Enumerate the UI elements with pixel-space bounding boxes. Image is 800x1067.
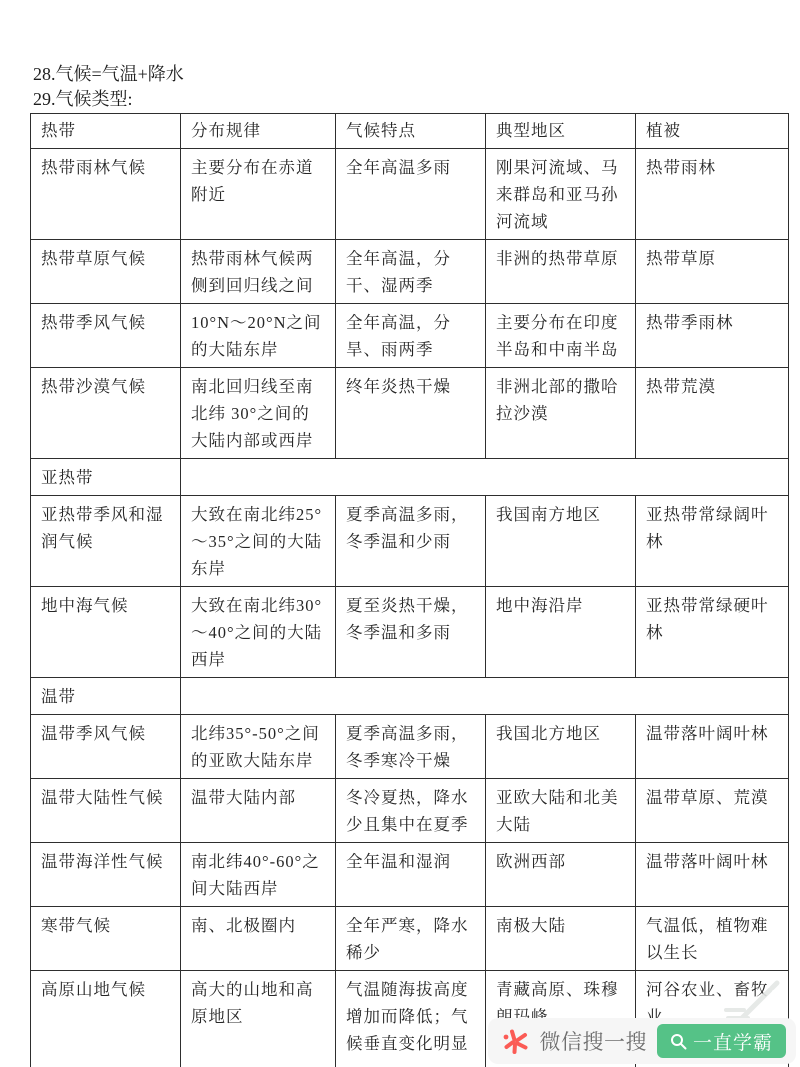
cell-distribution: 大致在南北纬25°～35°之间的大陆东岸 xyxy=(181,496,336,587)
cell-climate-name: 热带雨林气候 xyxy=(31,149,181,240)
note-line-1: 28.气候=气温+降水 xyxy=(33,62,184,87)
table-row: 亚热带季风和湿润气候 大致在南北纬25°～35°之间的大陆东岸 夏季高温多雨，冬… xyxy=(31,496,789,587)
cell-climate-name: 温带季风气候 xyxy=(31,715,181,779)
header-cell: 热带 xyxy=(31,114,181,149)
table-row: 热带草原气候 热带雨林气候两侧到回归线之间 全年高温，分干、湿两季 非洲的热带草… xyxy=(31,240,789,304)
cell-distribution: 主要分布在赤道附近 xyxy=(181,149,336,240)
header-cell: 植被 xyxy=(636,114,789,149)
climate-types-table: 热带 分布规律 气候特点 典型地区 植被 热带雨林气候 主要分布在赤道附近 全年… xyxy=(30,113,789,1067)
cell-distribution: 北纬35°-50°之间的亚欧大陆东岸 xyxy=(181,715,336,779)
cell-features: 夏季高温多雨，冬季寒冷干燥 xyxy=(336,715,486,779)
cell-features: 冬冷夏热，降水少且集中在夏季 xyxy=(336,779,486,843)
section-empty-cell xyxy=(181,459,789,496)
cell-climate-name: 寒带气候 xyxy=(31,907,181,971)
account-name-label: 一直学霸 xyxy=(693,1028,773,1055)
cell-features: 全年高温，分旱、雨两季 xyxy=(336,304,486,368)
section-label: 亚热带 xyxy=(31,459,181,496)
header-cell: 典型地区 xyxy=(486,114,636,149)
wechat-search-bar: 微信搜一搜 一直学霸 xyxy=(488,1018,796,1064)
cell-features: 气温随海拔高度增加而降低；气候垂直变化明显 xyxy=(336,971,486,1067)
cell-vegetation: 热带草原 xyxy=(636,240,789,304)
table-row: 热带雨林气候 主要分布在赤道附近 全年高温多雨 刚果河流域、马来群岛和亚马孙河流… xyxy=(31,149,789,240)
account-search-button[interactable]: 一直学霸 xyxy=(657,1024,786,1058)
cell-climate-name: 高原山地气候 xyxy=(31,971,181,1067)
cell-climate-name: 地中海气候 xyxy=(31,587,181,678)
cell-features: 全年严寒，降水稀少 xyxy=(336,907,486,971)
cell-vegetation: 热带荒漠 xyxy=(636,368,789,459)
cell-regions: 主要分布在印度半岛和中南半岛 xyxy=(486,304,636,368)
notes-page: 28.气候=气温+降水 29.气候类型: 热带 分布规律 气候特点 典型地区 植… xyxy=(0,0,800,1067)
table-row: 温带海洋性气候 南北纬40°-60°之间大陆西岸 全年温和湿润 欧洲西部 温带落… xyxy=(31,843,789,907)
cell-climate-name: 热带草原气候 xyxy=(31,240,181,304)
header-cell: 分布规律 xyxy=(181,114,336,149)
note-line-2: 29.气候类型: xyxy=(33,87,184,112)
cell-distribution: 温带大陆内部 xyxy=(181,779,336,843)
cell-distribution: 大致在南北纬30°～40°之间的大陆西岸 xyxy=(181,587,336,678)
table-row: 热带沙漠气候 南北回归线至南北纬 30°之间的大陆内部或西岸 终年炎热干燥 非洲… xyxy=(31,368,789,459)
wechat-search-label: 微信搜一搜 xyxy=(539,1026,647,1056)
cell-features: 全年温和湿润 xyxy=(336,843,486,907)
cell-distribution: 南北纬40°-60°之间大陆西岸 xyxy=(181,843,336,907)
table-row: 地中海气候 大致在南北纬30°～40°之间的大陆西岸 夏至炎热干燥，冬季温和多雨… xyxy=(31,587,789,678)
table-row: 温带大陆性气候 温带大陆内部 冬冷夏热，降水少且集中在夏季 亚欧大陆和北美大陆 … xyxy=(31,779,789,843)
cell-features: 终年炎热干燥 xyxy=(336,368,486,459)
table-section-row: 温带 xyxy=(31,678,789,715)
cell-features: 全年高温，分干、湿两季 xyxy=(336,240,486,304)
cell-distribution: 10°N～20°N之间的大陆东岸 xyxy=(181,304,336,368)
cell-vegetation: 温带落叶阔叶林 xyxy=(636,843,789,907)
cell-climate-name: 热带沙漠气候 xyxy=(31,368,181,459)
cell-distribution: 南北回归线至南北纬 30°之间的大陆内部或西岸 xyxy=(181,368,336,459)
cell-distribution: 南、北极圈内 xyxy=(181,907,336,971)
cell-regions: 刚果河流域、马来群岛和亚马孙河流域 xyxy=(486,149,636,240)
magnifier-icon xyxy=(670,1033,687,1050)
cell-regions: 欧洲西部 xyxy=(486,843,636,907)
table-section-row: 亚热带 xyxy=(31,459,789,496)
cell-distribution: 高大的山地和高原地区 xyxy=(181,971,336,1067)
section-label: 温带 xyxy=(31,678,181,715)
cell-features: 夏季高温多雨，冬季温和少雨 xyxy=(336,496,486,587)
cell-climate-name: 热带季风气候 xyxy=(31,304,181,368)
table-row: 温带季风气候 北纬35°-50°之间的亚欧大陆东岸 夏季高温多雨，冬季寒冷干燥 … xyxy=(31,715,789,779)
cell-vegetation: 温带草原、荒漠 xyxy=(636,779,789,843)
table-header-row: 热带 分布规律 气候特点 典型地区 植被 xyxy=(31,114,789,149)
cell-climate-name: 温带海洋性气候 xyxy=(31,843,181,907)
header-cell: 气候特点 xyxy=(336,114,486,149)
cell-vegetation: 温带落叶阔叶林 xyxy=(636,715,789,779)
cell-features: 夏至炎热干燥，冬季温和多雨 xyxy=(336,587,486,678)
cell-climate-name: 温带大陆性气候 xyxy=(31,779,181,843)
cell-vegetation: 热带雨林 xyxy=(636,149,789,240)
note-lines: 28.气候=气温+降水 29.气候类型: xyxy=(33,62,184,112)
cell-regions: 非洲的热带草原 xyxy=(486,240,636,304)
cell-vegetation: 气温低，植物难以生长 xyxy=(636,907,789,971)
wechat-search-logo-icon xyxy=(502,1028,529,1055)
cell-regions: 我国南方地区 xyxy=(486,496,636,587)
cell-regions: 我国北方地区 xyxy=(486,715,636,779)
cell-regions: 非洲北部的撒哈拉沙漠 xyxy=(486,368,636,459)
table-row: 热带季风气候 10°N～20°N之间的大陆东岸 全年高温，分旱、雨两季 主要分布… xyxy=(31,304,789,368)
table-row: 寒带气候 南、北极圈内 全年严寒，降水稀少 南极大陆 气温低，植物难以生长 xyxy=(31,907,789,971)
cell-distribution: 热带雨林气候两侧到回归线之间 xyxy=(181,240,336,304)
section-empty-cell xyxy=(181,678,789,715)
cell-climate-name: 亚热带季风和湿润气候 xyxy=(31,496,181,587)
cell-regions: 地中海沿岸 xyxy=(486,587,636,678)
cell-regions: 亚欧大陆和北美大陆 xyxy=(486,779,636,843)
cell-vegetation: 热带季雨林 xyxy=(636,304,789,368)
cell-features: 全年高温多雨 xyxy=(336,149,486,240)
cell-regions: 南极大陆 xyxy=(486,907,636,971)
cell-vegetation: 亚热带常绿硬叶林 xyxy=(636,587,789,678)
cell-vegetation: 亚热带常绿阔叶林 xyxy=(636,496,789,587)
